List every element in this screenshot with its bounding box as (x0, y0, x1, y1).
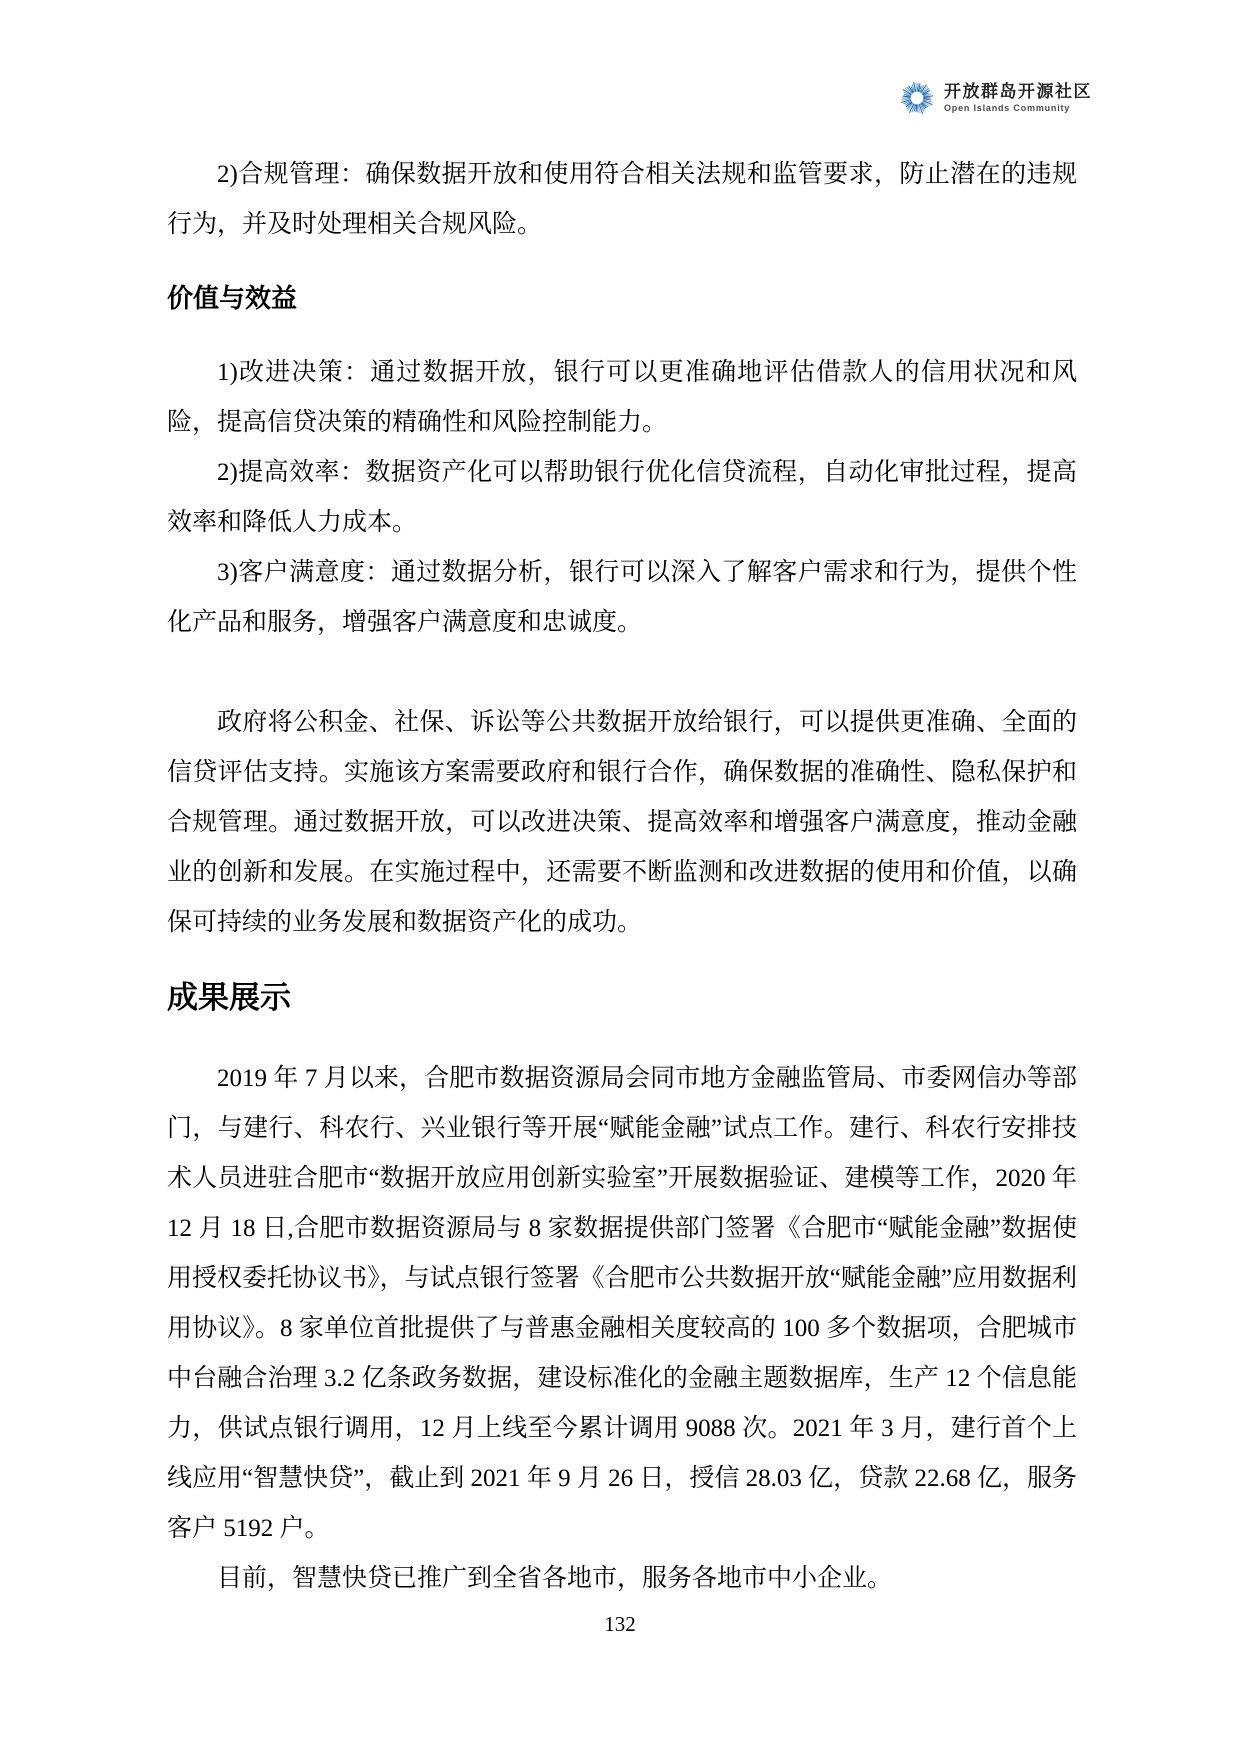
logo-subtitle-en: Open Islands Community (944, 103, 1092, 114)
page-number: 132 (0, 1612, 1240, 1637)
document-page: 开放群岛开源社区 Open Islands Community 2)合规管理：确… (0, 0, 1240, 1753)
paragraph-improve-decision: 1)改进决策：通过数据开放，银行可以更准确地评估借款人的信用状况和风险，提高信贷… (167, 348, 1077, 448)
paragraph-results-detail: 2019 年 7 月以来，合肥市数据资源局会同市地方金融监管局、市委网信办等部门… (167, 1054, 1077, 1554)
paragraph-compliance: 2)合规管理：确保数据开放和使用符合相关法规和监管要求，防止潜在的违规行为，并及… (167, 150, 1077, 250)
logo-title-cn: 开放群岛开源社区 (944, 82, 1092, 101)
section-heading-value-benefits: 价值与效益 (167, 278, 1077, 318)
sunburst-logo-icon (901, 82, 933, 114)
paragraph-improve-efficiency: 2)提高效率：数据资产化可以帮助银行优化信贷流程，自动化审批过程，提高效率和降低… (167, 448, 1077, 548)
header-logo: 开放群岛开源社区 Open Islands Community (901, 82, 1092, 114)
paragraph-summary: 政府将公积金、社保、诉讼等公共数据开放给银行，可以提供更准确、全面的信贷评估支持… (167, 698, 1077, 948)
paragraph-customer-satisfaction: 3)客户满意度：通过数据分析，银行可以深入了解客户需求和行为，提供个性化产品和服… (167, 548, 1077, 648)
section-heading-results: 成果展示 (167, 974, 1077, 1022)
logo-text-block: 开放群岛开源社区 Open Islands Community (944, 82, 1092, 114)
paragraph-promotion: 目前，智慧快贷已推广到全省各地市，服务各地市中小企业。 (167, 1554, 1077, 1604)
blank-line (167, 648, 1077, 698)
document-body: 2)合规管理：确保数据开放和使用符合相关法规和监管要求，防止潜在的违规行为，并及… (167, 150, 1077, 1604)
